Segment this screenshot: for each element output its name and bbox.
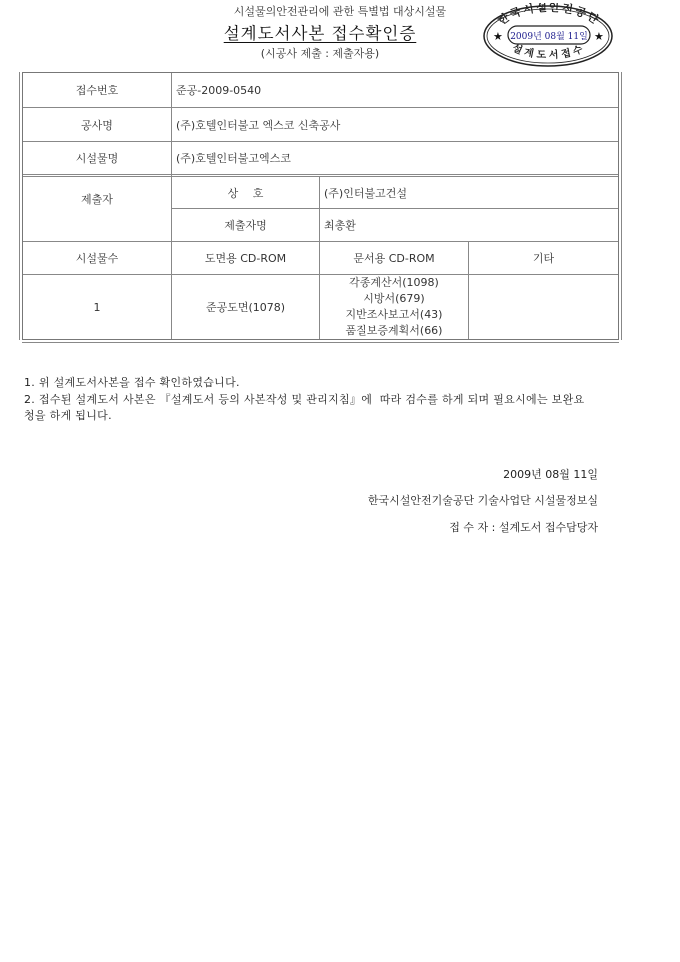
star-icon: ★ bbox=[594, 30, 604, 43]
document-cd-item: 품질보증계획서(66) bbox=[346, 323, 443, 339]
note-line-3: 청을 하게 됩니다. bbox=[24, 407, 112, 423]
submitter-person-value: 최총환 bbox=[320, 209, 618, 241]
other-value bbox=[469, 275, 618, 339]
submitter-label: 제출자 bbox=[23, 177, 171, 241]
stamp-seal-icon: 한국시설안전공단 설계도서접수 2009년 08월 11일 ★ ★ bbox=[481, 3, 616, 69]
row-divider bbox=[23, 174, 618, 175]
note-line-2: 2. 접수된 설계도서 사본은 『설계도서 등의 사본작성 및 관리지침』에 따… bbox=[24, 391, 584, 407]
receipt-stamp: 한국시설안전공단 설계도서접수 2009년 08월 11일 ★ ★ bbox=[481, 3, 616, 69]
receipt-table: 접수번호 준공-2009-0540 공사명 (주)호텔인터불고 엑스코 신축공사… bbox=[22, 72, 619, 340]
company-label: 상 호 bbox=[172, 177, 319, 208]
col-header-drawing-cd: 도면용 CD-ROM bbox=[172, 242, 319, 274]
company-value: (주)인터불고건설 bbox=[320, 177, 618, 208]
receipt-no-label: 접수번호 bbox=[23, 73, 171, 107]
col-header-count: 시설물수 bbox=[23, 242, 171, 274]
col-header-document-cd: 문서용 CD-ROM bbox=[320, 242, 468, 274]
facility-name-label: 시설물명 bbox=[23, 142, 171, 174]
col-header-other: 기타 bbox=[469, 242, 618, 274]
document-cd-item: 지반조사보고서(43) bbox=[346, 307, 443, 323]
stamp-date-text: 2009년 08월 11일 bbox=[510, 30, 588, 42]
note-line-1: 1. 위 설계도서사본을 접수 확인하였습니다. bbox=[24, 374, 240, 390]
document-cd-item: 각종계산서(1098) bbox=[349, 275, 439, 291]
page-title-text: 설계도서사본 접수확인증 bbox=[224, 24, 417, 43]
drawing-cd-value: 준공도면(1078) bbox=[172, 275, 319, 339]
facility-count-value: 1 bbox=[23, 275, 171, 339]
receipt-no-value: 준공-2009-0540 bbox=[172, 73, 618, 107]
issue-date: 2009년 08월 11일 bbox=[503, 466, 598, 482]
document-cd-item: 시방서(679) bbox=[363, 291, 424, 307]
receiver: 접 수 자 : 설계도서 접수담당자 bbox=[449, 519, 598, 535]
document-cd-list: 각종계산서(1098) 시방서(679) 지반조사보고서(43) 품질보증계획서… bbox=[320, 274, 468, 339]
project-name-label: 공사명 bbox=[23, 108, 171, 141]
star-icon: ★ bbox=[493, 30, 503, 43]
submitter-person-label: 제출자명 bbox=[172, 209, 319, 241]
project-name-value: (주)호텔인터불고 엑스코 신축공사 bbox=[172, 108, 618, 141]
issuing-org: 한국시설안전기술공단 기술사업단 시설물정보실 bbox=[368, 492, 598, 508]
facility-name-value: (주)호텔인터불고엑스코 bbox=[172, 142, 618, 174]
